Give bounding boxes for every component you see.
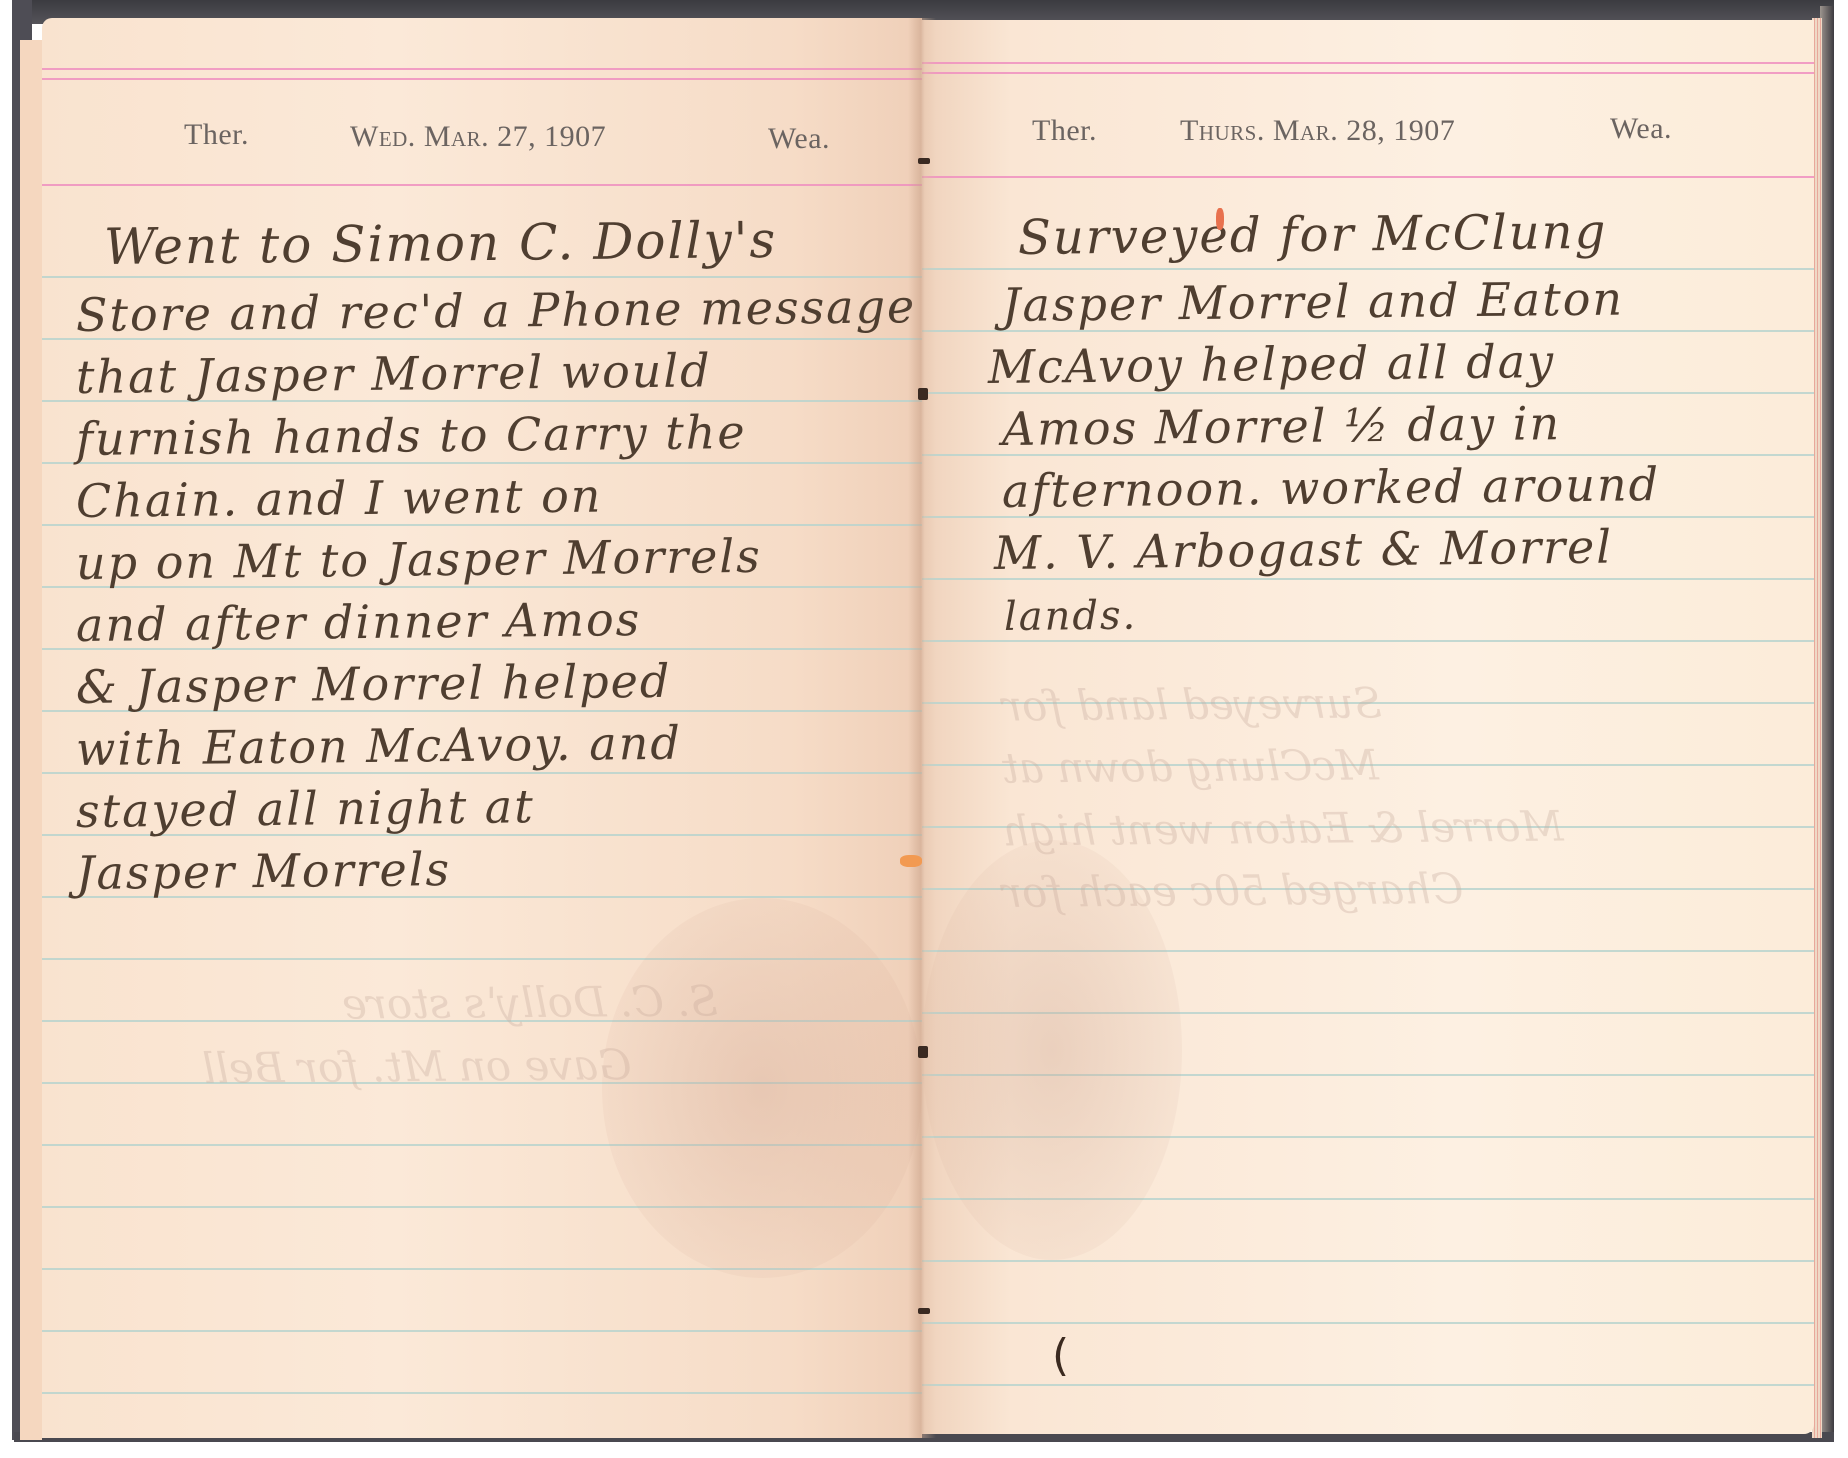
date-label: Mar. 27, 1907: [424, 120, 606, 153]
right-diary-page: Ther. Thurs. Mar. 28, 1907 Wea. Surveyed…: [922, 20, 1814, 1434]
entry-line: stayed all night at: [76, 779, 535, 838]
entry-line: up on Mt to Jasper Morrels: [76, 529, 762, 590]
entry-line: Went to Simon C. Dolly's: [104, 211, 778, 276]
entry-line: that Jasper Morrel would: [76, 343, 712, 404]
binding-stitch: [918, 1308, 930, 1314]
page-date-header: Thurs. Mar. 28, 1907: [1180, 114, 1455, 148]
ruled-line: [42, 1206, 922, 1208]
ruled-line: [42, 1268, 922, 1270]
entry-line: Chain. and I went on: [76, 468, 603, 528]
entry-line: afternoon. worked around: [1002, 457, 1661, 518]
entry-line: with Eaton McAvoy. and: [76, 716, 682, 776]
weekday-label: Wed.: [350, 120, 416, 153]
bleed-through-text: McClung down at: [1002, 740, 1379, 792]
bleed-through-text: Gave on Mt. for Bell: [202, 1040, 632, 1093]
ruled-line: [922, 1260, 1814, 1262]
entry-line: lands.: [1004, 593, 1138, 640]
pink-double-rule-bottom: [42, 78, 922, 80]
weather-label: Wea.: [768, 122, 830, 156]
weekday-label: Thurs.: [1180, 114, 1265, 147]
pink-double-rule-top: [922, 62, 1814, 64]
header-separator-rule: [42, 184, 922, 186]
ruled-line: [922, 640, 1814, 642]
paper-stain: [602, 898, 922, 1278]
thermometer-label: Ther.: [1032, 114, 1097, 148]
ruled-line: [922, 1384, 1814, 1386]
ruled-line: [922, 1074, 1814, 1076]
ruled-line: [922, 950, 1814, 952]
pink-double-rule-bottom: [922, 72, 1814, 74]
entry-line: Jasper Morrels: [76, 842, 452, 900]
page-stack-left: [20, 40, 42, 1440]
left-diary-page: Ther. Wed. Mar. 27, 1907 Wea. S. C. Doll…: [42, 18, 922, 1438]
binding-stitch: [918, 1046, 928, 1058]
entry-line: Store and rec'd a Phone message: [76, 279, 917, 342]
pink-double-rule-top: [42, 68, 922, 70]
thermometer-label: Ther.: [184, 118, 249, 152]
header-separator-rule: [922, 176, 1814, 178]
ruled-line: [42, 1144, 922, 1146]
ruled-line: [922, 268, 1814, 270]
entry-line: Amos Morrel ½ day in: [1002, 396, 1562, 456]
book-cover-right-edge: [1820, 6, 1834, 1438]
bleed-through-text: Surveyed land for: [1002, 678, 1382, 730]
ruled-line: [42, 1330, 922, 1332]
entry-line: furnish hands to Carry the: [76, 405, 747, 466]
binding-stitch: [918, 388, 928, 400]
ruled-line: [922, 1198, 1814, 1200]
ruled-line: [922, 1322, 1814, 1324]
ruled-line: [42, 1392, 922, 1394]
bleed-through-text: S. C. Dolly's store: [342, 976, 718, 1028]
entry-line: Surveyed for McClung: [1018, 204, 1608, 266]
ruled-line: [922, 1136, 1814, 1138]
entry-line: McAvoy helped all day: [988, 334, 1556, 394]
stray-ink-mark: (: [1052, 1330, 1069, 1381]
ruled-line: [42, 276, 922, 278]
entry-line: & Jasper Morrel helped: [76, 654, 672, 714]
weather-label: Wea.: [1610, 112, 1672, 146]
entry-line: Jasper Morrel and Eaton: [1002, 271, 1625, 332]
bleed-through-text: Morrel & Eaton went high: [1002, 802, 1564, 856]
page-date-header: Wed. Mar. 27, 1907: [350, 120, 606, 154]
ruled-line: [42, 958, 922, 960]
ruled-line: [922, 1012, 1814, 1014]
date-label: Mar. 28, 1907: [1273, 114, 1455, 147]
entry-line: and after dinner Amos: [76, 592, 642, 652]
bleed-through-text: Charged 50c each for: [1002, 864, 1464, 917]
entry-line: M. V. Arbogast & Morrel: [994, 520, 1614, 580]
binding-stitch: [918, 158, 930, 164]
